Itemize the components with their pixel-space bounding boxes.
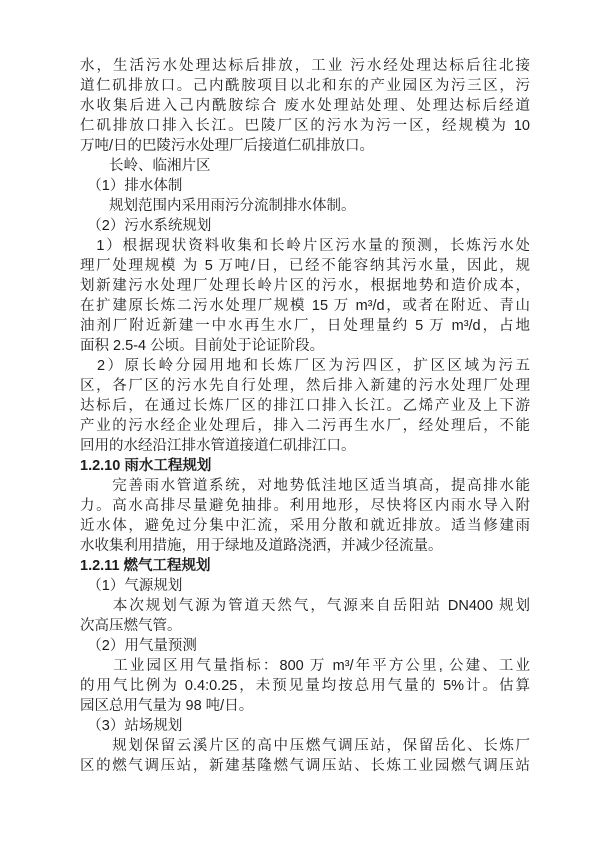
text-line: （1）排水体制	[80, 176, 530, 196]
text-line: 近水体，避免过分集中汇流，采用分散和就近排放。适当修建雨	[80, 516, 530, 536]
text-line: （2）用气量预测	[80, 636, 530, 656]
text-line: 的用气比例为 0.4:0.25，未预见量均按总用气量的 5%计。估算	[80, 676, 530, 696]
text-line: 划新建污水处理厂处理长岭片区的污水，根据地势和造价成本，	[80, 276, 530, 296]
text-line: 区，各厂区的污水先自行处理，然后排入新建的污水处理厂处理	[80, 376, 530, 396]
text-line: 规划范围内采用雨污分流制排水体制。	[80, 196, 530, 216]
document-page: 水，生活污水处理达标后排放，工业 污水经处理达标后往北接道仁矶排放口。己内酰胺项…	[0, 0, 611, 865]
text-line: 力。高水高排尽量避免抽排。利用地形，尽快将区内雨水导入附	[80, 496, 530, 516]
section-heading: 1.2.10 雨水工程规划	[80, 456, 530, 476]
text-line: 长岭、临湘片区	[80, 156, 530, 176]
text-line: 区的燃气调压站，新建基隆燃气调压站、长炼工业园燃气调压站	[80, 756, 530, 776]
text-line: 水收集后进入己内酰胺综合 废水处理站处理、处理达标后经道	[80, 96, 530, 116]
text-line: 2）原长岭分园用地和长炼厂区为污四区，扩区区域为污五	[80, 356, 530, 376]
text-line: 本次规划气源为管道天然气，气源来自岳阳站 DN400 规划	[80, 596, 530, 616]
text-line: 理厂处理规模 为 5 万吨/日，已经不能容纳其污水量，因此，规	[80, 256, 530, 276]
text-line: 仁矶排放口排入长江。巴陵厂区的污水为污一区，经规模为 10	[80, 116, 530, 136]
text-line: 园区总用气量为 98 吨/日。	[80, 696, 530, 716]
text-line: （1）气源规划	[80, 576, 530, 596]
section-heading: 1.2.11 燃气工程规划	[80, 556, 530, 576]
text-line: 完善雨水管道系统，对地势低洼地区适当填高，提高排水能	[80, 476, 530, 496]
text-line: 回用的水经沿江排水管道接道仁矶排江口。	[80, 436, 530, 456]
text-line: （2）污水系统规划	[80, 216, 530, 236]
text-line: 1）根据现状资料收集和长岭片区污水量的预测，长炼污水处	[80, 236, 530, 256]
text-line: 油剂厂附近新建一中水再生水厂，日处理量约 5 万 m³/d，占地	[80, 316, 530, 336]
text-line: 在扩建原长炼二污水处理厂规模 15 万 m³/d，或者在附近、青山	[80, 296, 530, 316]
text-line: 达标后，在通过长炼厂区的排江口排入长江。乙烯产业及上下游	[80, 396, 530, 416]
text-line: 水，生活污水处理达标后排放，工业 污水经处理达标后往北接	[80, 56, 530, 76]
document-text-block: 水，生活污水处理达标后排放，工业 污水经处理达标后往北接道仁矶排放口。己内酰胺项…	[80, 56, 530, 776]
text-line: 规划保留云溪片区的高中压燃气调压站，保留岳化、长炼厂	[80, 736, 530, 756]
text-line: 水收集利用措施，用于绿地及道路浇洒，并减少径流量。	[80, 536, 530, 556]
text-line: 道仁矶排放口。己内酰胺项目以北和东的产业园区为污三区，污	[80, 76, 530, 96]
text-line: （3）站场规划	[80, 716, 530, 736]
text-line: 产业的污水经企业处理后，排入二污再生水厂，经处理后，不能	[80, 416, 530, 436]
text-line: 工业园区用气量指标：800 万 m³/年平方公里, 公建、工业	[80, 656, 530, 676]
text-line: 面积 2.5-4 公顷。目前处于论证阶段。	[80, 336, 530, 356]
text-line: 万吨/日的巴陵污水处理厂后接道仁矶排放口。	[80, 136, 530, 156]
text-line: 次高压燃气管。	[80, 616, 530, 636]
